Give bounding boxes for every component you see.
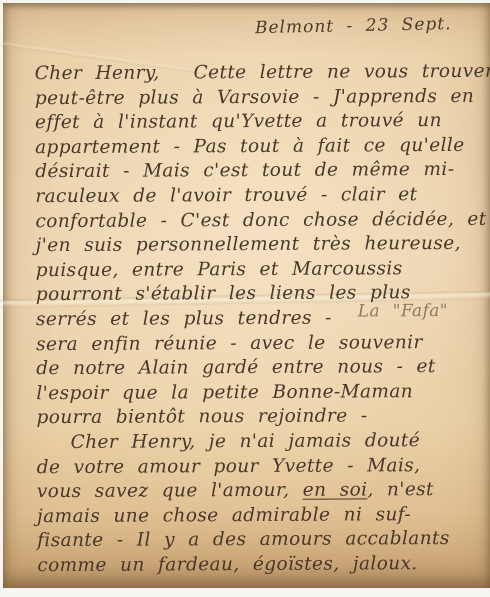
letter-line: confortable - C'est donc chose décidée, … xyxy=(35,207,475,234)
letter-line: sera enfin réunie - avec le souvenir xyxy=(36,330,476,357)
letter-line: serrés et les plus tendres -La "Fafa" xyxy=(36,306,476,333)
paper: Belmont - 23 Sept. Cher Henry,Cette lett… xyxy=(3,3,490,588)
letter-body: Cher Henry,Cette lettre ne vous trouvera… xyxy=(35,60,478,579)
line-text: appartement - Pas tout à fait ce qu'elle xyxy=(35,135,465,158)
line-text: Cette lettre ne vous trouvera xyxy=(194,61,490,84)
line-text: pourront s'établir les liens les plus xyxy=(36,283,411,306)
line-text: de votre amour pour Yvette - Mais, xyxy=(37,455,421,478)
letter-line: effet à l'instant qu'Yvette a trouvé un xyxy=(35,109,475,136)
letter-line: désirait - Mais c'est tout de même mi- xyxy=(35,158,475,185)
line-text: raculeux de l'avoir trouvé - clair et xyxy=(35,184,417,207)
line-text: fisante - Il y a des amours accablants xyxy=(37,528,450,551)
underlined-phrase: en soi xyxy=(303,480,368,501)
line-text: l'espoir que la petite Bonne-Maman xyxy=(36,381,413,404)
letter-photo: Belmont - 23 Sept. Cher Henry,Cette lett… xyxy=(0,0,490,597)
line-text: puisque, entre Paris et Marcoussis xyxy=(36,258,403,281)
line-text: pourra bientôt nous rejoindre - xyxy=(36,406,367,429)
letter-line: peut-être plus à Varsovie - J'apprends e… xyxy=(35,84,475,111)
letter-line: comme un fardeau, égoïstes, jaloux. xyxy=(37,552,477,579)
line-text: effet à l'instant qu'Yvette a trouvé un xyxy=(35,110,442,133)
letter-line: Cher Henry, je n'ai jamais douté xyxy=(37,429,477,456)
line-text: comme un fardeau, égoïstes, jaloux. xyxy=(37,553,417,576)
line-text: Cher Henry, je n'ai jamais douté xyxy=(71,430,421,453)
letter-line: l'espoir que la petite Bonne-Maman xyxy=(36,380,476,407)
line-text: serrés et les plus tendres - xyxy=(36,308,332,331)
letter-line: Cher Henry,Cette lettre ne vous trouvera xyxy=(35,60,475,87)
line-text: vous savez que l'amour, xyxy=(37,480,303,502)
letter-line: pourra bientôt nous rejoindre - xyxy=(36,404,476,431)
line-text: sera enfin réunie - avec le souvenir xyxy=(36,332,423,355)
letter-line: raculeux de l'avoir trouvé - clair et xyxy=(35,183,475,210)
line-text: confortable - C'est donc chose décidée, … xyxy=(35,208,486,231)
letter-line: de votre amour pour Yvette - Mais, xyxy=(37,453,477,480)
letter-line: appartement - Pas tout à fait ce qu'elle xyxy=(35,134,475,161)
line-text: désirait - Mais c'est tout de même mi- xyxy=(35,159,454,182)
line-text: peut-être plus à Varsovie - J'apprends e… xyxy=(35,85,474,108)
line-text: j'en suis personnellement très heureuse, xyxy=(36,233,461,256)
letter-line: fisante - Il y a des amours accablants xyxy=(37,527,477,554)
dateline: Belmont - 23 Sept. xyxy=(255,14,465,38)
salutation: Cher Henry, xyxy=(35,63,160,85)
letter-line: de notre Alain gardé entre nous - et xyxy=(36,355,476,382)
letter-line: jamais une chose admirable ni suf- xyxy=(37,503,477,530)
line-text: de notre Alain gardé entre nous - et xyxy=(36,356,436,379)
marginal-annotation: La "Fafa" xyxy=(358,301,448,321)
line-text: jamais une chose admirable ni suf- xyxy=(37,504,411,527)
letter-line: puisque, entre Paris et Marcoussis xyxy=(36,257,476,284)
line-text: , n'est xyxy=(367,479,434,500)
letter-line: vous savez que l'amour, en soi, n'est xyxy=(37,478,477,505)
letter-line: j'en suis personnellement très heureuse, xyxy=(36,232,476,259)
